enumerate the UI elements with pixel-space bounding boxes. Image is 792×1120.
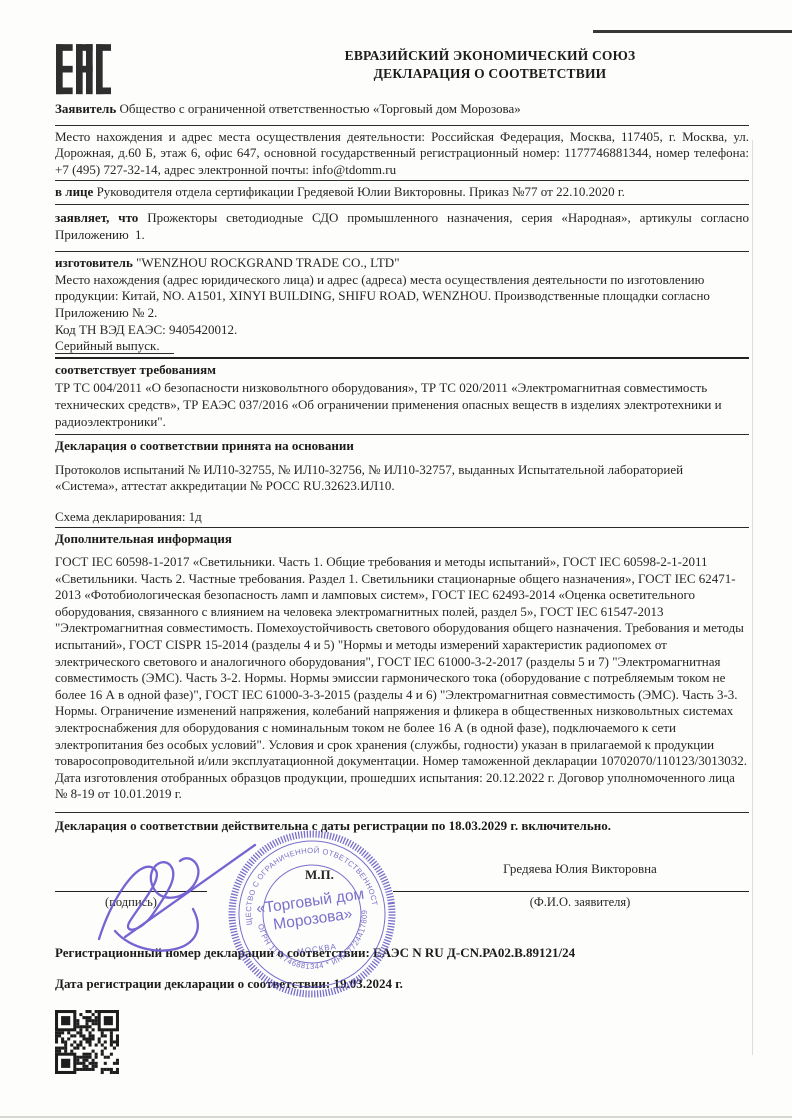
document-header: ЕВРАЗИЙСКИЙ ЭКОНОМИЧЕСКИЙ СОЮЗ ДЕКЛАРАЦИ… <box>295 47 685 82</box>
technical-regulations: ТР ТС 004/2011 «О безопасности низковоль… <box>55 380 749 435</box>
stamp-place-label: М.П. <box>305 867 334 884</box>
representative-text: Руководителя отдела сертификации Гредяев… <box>97 184 625 199</box>
representative-row: в лице Руководителя отдела сертификации … <box>55 181 749 205</box>
applicant-name: Общество с ограниченной ответственностью… <box>119 101 520 116</box>
applicant-row: Заявитель Общество с ограниченной ответс… <box>55 101 749 126</box>
eac-mark-icon <box>56 39 111 101</box>
release-type-row: Серийный выпуск. <box>55 338 749 355</box>
qr-code <box>55 1010 119 1074</box>
additional-info-text: ГОСТ IEC 60598-1-2017 «Светильники. Част… <box>55 550 749 813</box>
validity-statement: Декларация о соответствии действительна … <box>55 813 749 835</box>
applicant-label: Заявитель <box>55 101 116 116</box>
representative-label: в лице <box>55 184 93 199</box>
svg-text:ОГРН 1177746881344 * ИНН 77244: ОГРН 1177746881344 * ИНН 7724417809 <box>256 908 376 978</box>
name-caption: (Ф.И.О. заявителя) <box>415 894 745 911</box>
union-name: ЕВРАЗИЙСКИЙ ЭКОНОМИЧЕСКИЙ СОЮЗ <box>295 47 685 65</box>
manufacturer-name: "WENZHOU ROCKGRAND TRADE CO., LTD" <box>136 255 399 270</box>
declaration-subject: заявляет, что Прожекторы светодиодные СД… <box>55 205 749 252</box>
basis-heading: Декларация о соответствии принята на осн… <box>55 435 749 457</box>
manufacturer-label: изготовитель <box>55 255 133 270</box>
release-type: Серийный выпуск. <box>55 338 174 354</box>
signature-block: (подпись) М.П. Гредяева Юлия Викторовна … <box>55 841 749 939</box>
qr-wrap <box>55 1010 749 1079</box>
manufacturer-row: изготовитель "WENZHOU ROCKGRAND TRADE CO… <box>55 255 749 272</box>
declares-label: заявляет, что <box>55 210 138 225</box>
stamp-center-line1: «Торговый дом <box>255 885 365 917</box>
declaration-document: ЕВРАЗИЙСКИЙ ЭКОНОМИЧЕСКИЙ СОЮЗ ДЕКЛАРАЦИ… <box>0 0 792 1120</box>
applicant-address: Место нахождения и адрес места осуществл… <box>55 126 749 182</box>
applicant-full-name: Гредяева Юлия Викторовна <box>415 861 745 878</box>
scan-artifact-right <box>752 140 753 1055</box>
document-body: Заявитель Общество с ограниченной ответс… <box>55 101 749 1078</box>
compliance-heading: соответствует требованиям <box>55 359 749 381</box>
scan-artifact-top <box>593 30 792 33</box>
declares-text: Прожекторы светодиодные СДО промышленног… <box>55 210 749 242</box>
signature-caption: (подпись) <box>61 894 201 911</box>
test-protocols: Протоколов испытаний № ИЛ10-32755, № ИЛ1… <box>55 457 749 509</box>
stamp-ring-bottom-text: ОГРН 1177746881344 * ИНН 7724417809 <box>256 908 376 978</box>
manufacturer-address: Место нахождения (адрес юридического лиц… <box>55 272 749 322</box>
name-line <box>393 891 749 892</box>
scan-artifact-bottom <box>0 1116 792 1118</box>
registration-date: Дата регистрации декларации о соответств… <box>55 976 749 993</box>
manufacturer-section: изготовитель "WENZHOU ROCKGRAND TRADE CO… <box>55 252 749 359</box>
document-title: ДЕКЛАРАЦИЯ О СООТВЕТСТВИИ <box>295 65 685 83</box>
stamp-center-line2: Морозова» <box>272 905 353 933</box>
additional-info-heading: Дополнительная информация <box>55 528 749 550</box>
tnved-code: Код ТН ВЭД ЕАЭС: 9405420012. <box>55 322 749 339</box>
signature-line <box>55 891 207 892</box>
registration-number: Регистрационный номер декларации о соотв… <box>55 945 749 962</box>
declaration-scheme: Схема декларирования: 1д <box>55 509 749 529</box>
